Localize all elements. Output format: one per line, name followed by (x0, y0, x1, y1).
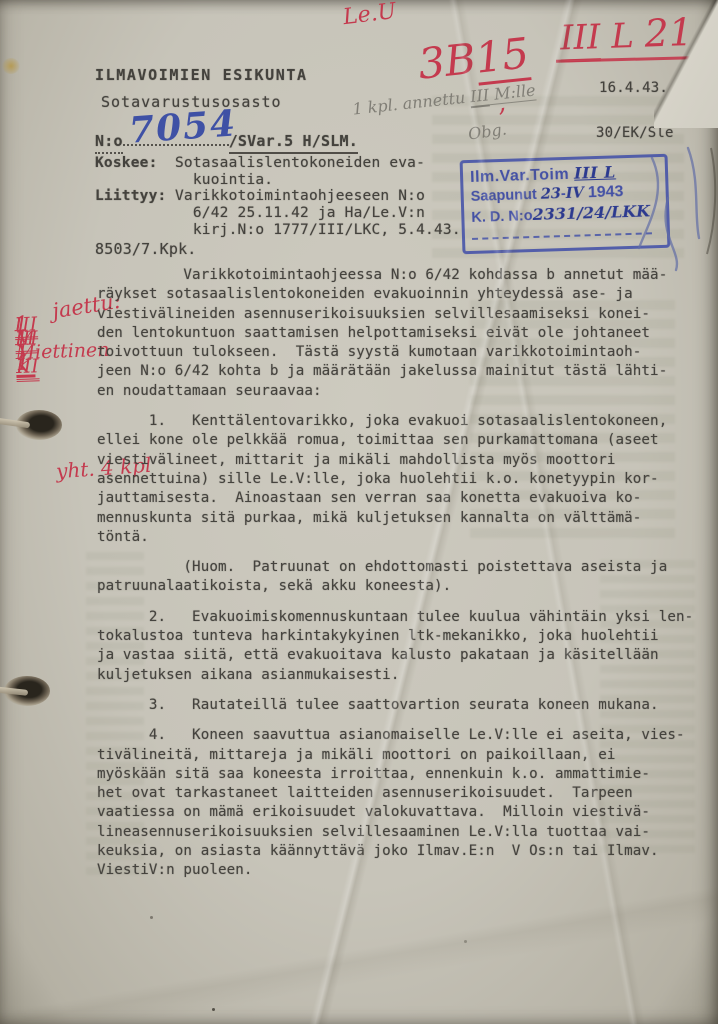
body-line: jeen N:o 6/42 kohta b ja määrätään jakel… (97, 362, 682, 381)
paragraph-2: (Huom. Patruunat on ehdottomasti poistet… (97, 558, 682, 597)
red-note-top-left: Le.U (342, 0, 398, 30)
body-line: mennuskunta sitä purkaa, mikä kuljetukse… (97, 509, 682, 528)
body-line: den lentokuntuon saattamisen helpottamis… (97, 324, 682, 343)
body-line: het ovat tarkastaneet laitteiden asennus… (97, 784, 682, 803)
stamp-arrived-year: 1943 (588, 183, 624, 201)
body-line: ellei kone ole pelkkää romua, toimittaa … (97, 431, 682, 450)
red-code-center: 3B15 (416, 28, 532, 88)
liittyy-value: Varikkotoimintaohjeeseen N:o 6/42 25.11.… (175, 188, 461, 239)
file-reference: 8503/7.Kpk. (95, 240, 197, 258)
body-line: töntä. (97, 528, 682, 547)
stamp-unit-handwritten: III L (574, 162, 616, 182)
red-file-letter: L (610, 16, 634, 57)
red-file-number: 21. (644, 9, 706, 55)
body-line: toivottuun tulokseen. Tästä syystä kumot… (97, 343, 682, 362)
body-line: tokalustoa tunteva harkintakykyinen ltk-… (97, 627, 682, 646)
body-line: viestivälineet, mittarit ja mikäli mahdo… (97, 451, 682, 470)
body-line: jauttamisesta. Ainoastaan sen verran saa… (97, 489, 682, 508)
body-line: 3. Rautateillä tulee saattovartion seura… (97, 696, 682, 715)
body-line: 2. Evakuoimiskomennuskuntaan tulee kuulu… (97, 608, 682, 627)
body-line: patruunalaatikoista, sekä akku koneesta)… (97, 577, 682, 596)
stamp-arrived-label: Saapunut (470, 187, 537, 205)
pencil-note-roman: III (469, 85, 490, 108)
body-line: viestivälineiden asennuserikoisuuksien s… (97, 305, 682, 324)
body-line: räykset sotasaalislentokoneiden evakuoin… (97, 285, 682, 304)
body-line: asennettuina) sille Le.V:lle, joka huole… (97, 470, 682, 489)
body-line: vaatiessa on mämä erikoisuudet valokuvat… (97, 803, 682, 822)
liittyy-label: Liittyy: (95, 188, 166, 204)
paper-speck (150, 916, 153, 919)
body-line: (Huom. Patruunat on ehdottomasti poistet… (97, 558, 682, 577)
body-line: myöskään sitä saa koneesta irroittaa, en… (97, 765, 682, 784)
body-line: en noudattamaan seuraavaa: (97, 382, 682, 401)
jaettu-count: 1 (16, 350, 36, 378)
document-body: Varikkotoimintaohjeessa N:o 6/42 kohdass… (97, 266, 682, 892)
body-line: tivälineitä, mittareja ja mikäli moottor… (97, 746, 682, 765)
pencil-note-part1: 1 kpl. annettu (352, 87, 472, 118)
paper-speck (212, 1008, 215, 1011)
doc-number-suffix: /SVar.5 H/SLM. (229, 132, 358, 154)
red-file-mark: III L 21. (559, 9, 705, 58)
org-name: ILMAVOIMIEN ESIKUNTA (95, 66, 308, 84)
pencil-note-part2: M:lle (488, 80, 536, 105)
paragraph-4: 3. Rautateillä tulee saattovartion seura… (97, 696, 682, 715)
red-code-part2: 15 (473, 28, 532, 85)
arrival-stamp: Ilm.Var.Toim III L Saapunut 23-IV 1943 K… (460, 154, 671, 254)
stamp-diary-label: K. D. N:o (471, 208, 533, 226)
date: 16.4.43. (599, 80, 668, 96)
paragraph-3: 2. Evakuoimiskomennuskuntaan tulee kuulu… (97, 608, 682, 685)
body-line: 1. Kenttälentovarikko, joka evakuoi sota… (97, 412, 682, 431)
body-line: kuljetuksen aikana asianmukaisesti. (97, 666, 682, 685)
stamp-diary-number: 2331/24/LKK (532, 201, 650, 224)
body-line: lineasennuserikoisuuksien selvillesaamin… (97, 823, 682, 842)
paper-stain (2, 58, 20, 74)
scanned-document-page: ILMAVOIMIEN ESIKUNTA Sotavarustusosasto … (0, 0, 718, 1024)
doc-number-handwritten: 7054 (128, 102, 239, 151)
stamp-arrived-month: IV (566, 184, 585, 202)
red-file-roman: III (559, 17, 601, 62)
body-line: ViestiV:n puoleen. (97, 861, 682, 880)
body-line: 4. Koneen saavuttua asianomaiselle Le.V:… (97, 726, 682, 745)
doc-number-prefix: N:o (95, 132, 123, 154)
body-line: ja vastaa siitä, että evakuoitava kalust… (97, 646, 682, 665)
paper-speck (464, 940, 467, 943)
red-code-part1: 3B (416, 34, 478, 89)
pencil-initials: Obg. (467, 119, 508, 143)
body-line: keuksia, on asiasta käännyttävä joko Ilm… (97, 842, 682, 861)
stamp-unit-printed: Ilm.Var.Toim (470, 166, 570, 186)
paragraph-0: Varikkotoimintaohjeessa N:o 6/42 kohdass… (97, 266, 682, 401)
koskee-label: Koskee: (95, 155, 158, 171)
paragraph-5: 4. Koneen saavuttua asianomaiselle Le.V:… (97, 726, 682, 880)
ref-code: 30/EK/Sle (596, 125, 674, 141)
stamp-arrived-day: 23 (541, 185, 562, 203)
body-line: Varikkotoimintaohjeessa N:o 6/42 kohdass… (97, 266, 682, 285)
koskee-value: Sotasaalislentokoneiden eva- kuointia. (175, 155, 425, 189)
paragraph-1: 1. Kenttälentovarikko, joka evakuoi sota… (97, 412, 682, 547)
